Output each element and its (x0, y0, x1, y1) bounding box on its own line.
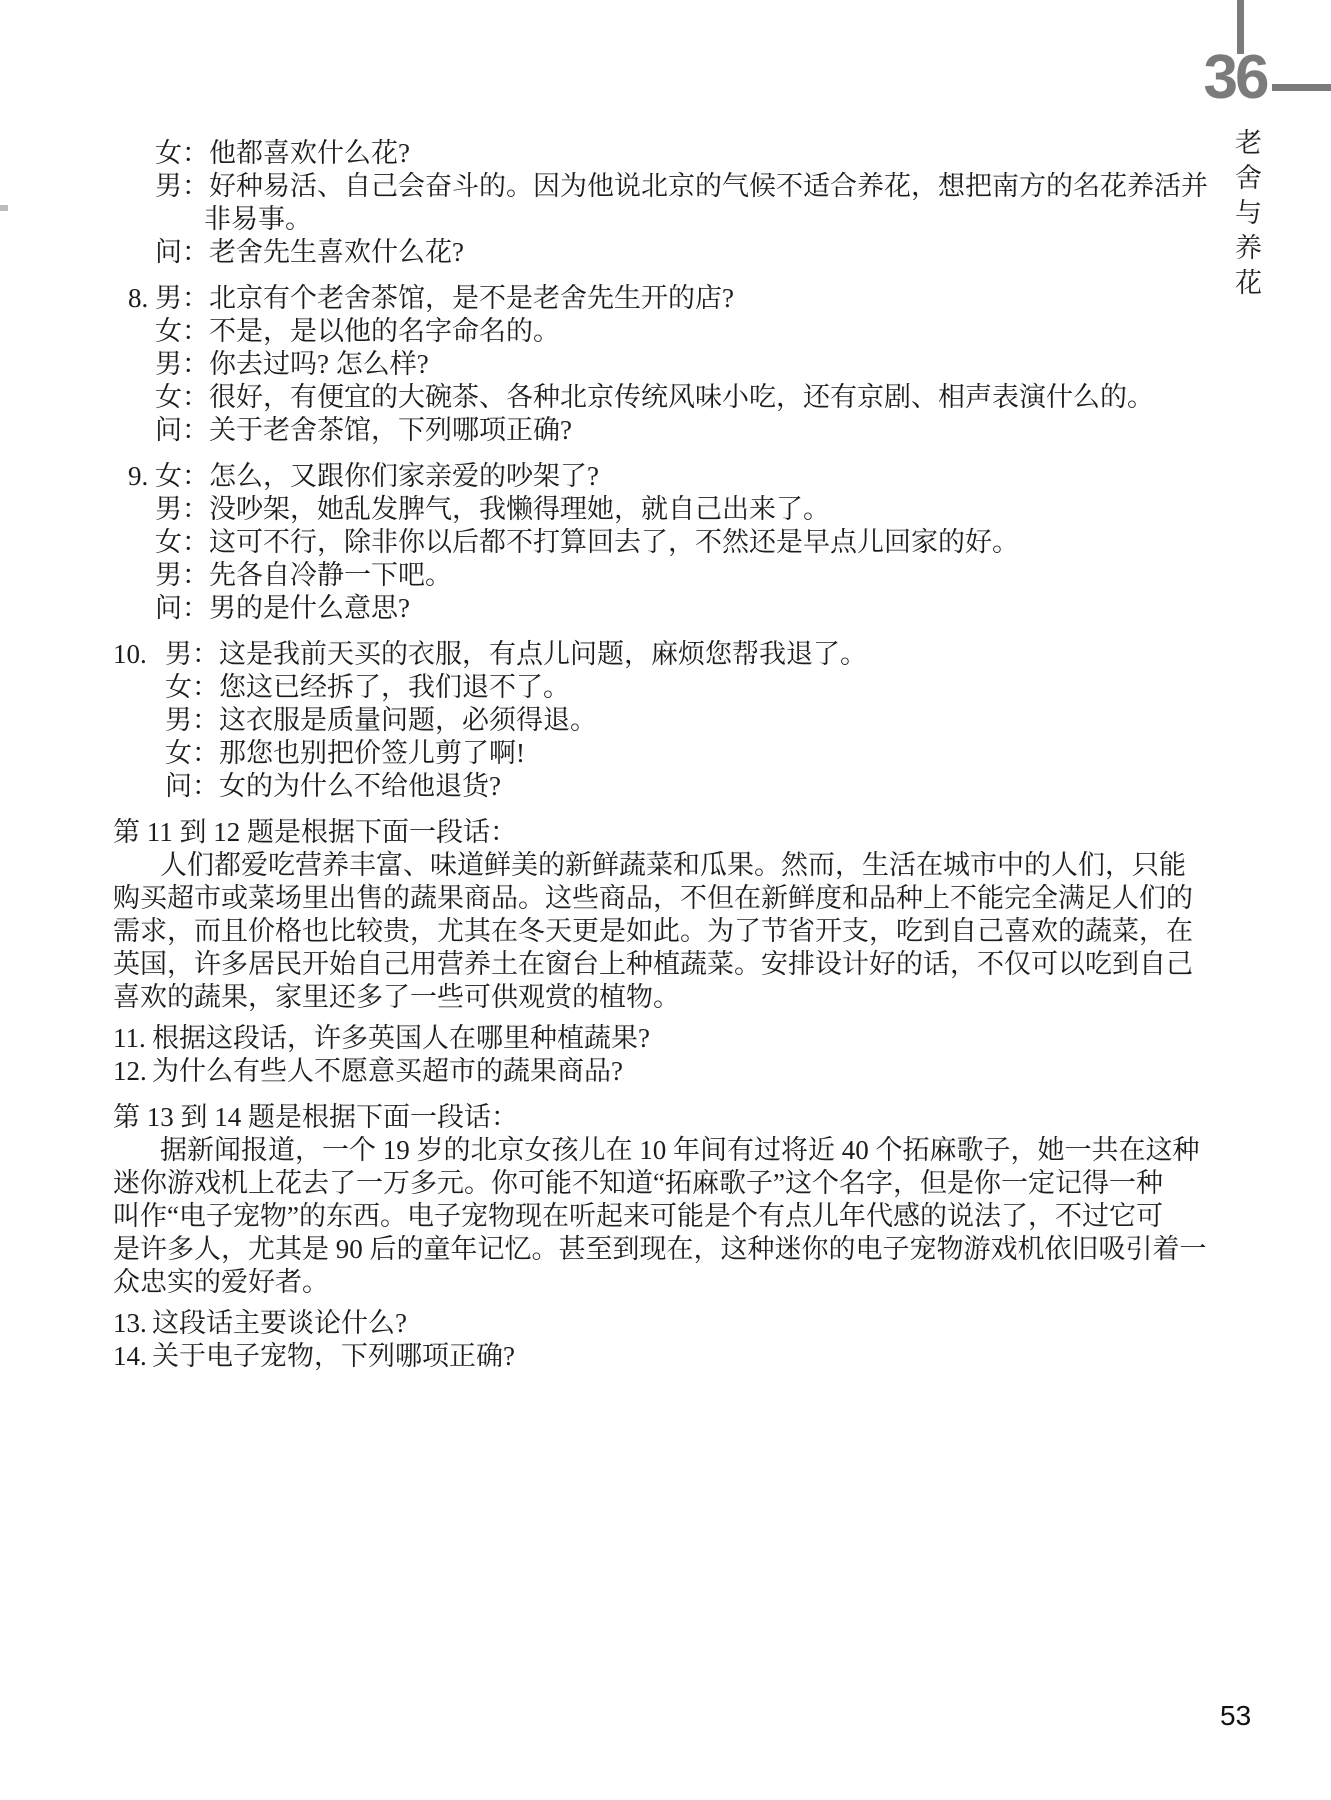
left-edge-tick (0, 205, 8, 211)
line-text: 人们都爱吃营养丰富、味道鲜美的新鲜蔬菜和瓜果。然而，生活在城市中的人们，只能 (160, 850, 1186, 880)
side-title: 老舍与养花 (1227, 128, 1266, 303)
speaker-label: 男： (165, 639, 219, 669)
speaker-label: 男： (155, 494, 209, 524)
speaker-label: 男： (155, 283, 209, 313)
line-text: 您这已经拆了，我们退不了。 (219, 672, 570, 702)
paragraph-line: 据新闻报道，一个 19 岁的北京女孩儿在 10 年间有过将近 40 个拓麻歌子，… (113, 1134, 1123, 1167)
dialog-line: 女：很好，有便宜的大碗茶、各种北京传统风味小吃，还有京剧、相声表演什么的。 (113, 381, 1123, 414)
speaker-label: 问： (155, 415, 209, 445)
line-text: 这衣服是质量问题，必须得退。 (219, 705, 597, 735)
speaker-label: 女： (155, 382, 209, 412)
speaker-label: 女： (165, 738, 219, 768)
question-number: 11. (113, 1022, 152, 1055)
speaker-label: 女： (155, 461, 209, 491)
line-text: 这可不行，除非你以后都不打算回去了，不然还是早点儿回家的好。 (209, 527, 1019, 557)
passage-header-line: 第 13 到 14 题是根据下面一段话： (113, 1101, 1123, 1134)
text-column: 女：他都喜欢什么花?男：好种易活、自己会奋斗的。因为他说北京的气候不适合养花，想… (113, 137, 1123, 1386)
dialog-line: 问：老舍先生喜欢什么花? (113, 236, 1123, 269)
line-text: 不是，是以他的名字命名的。 (209, 316, 560, 346)
speaker-label: 女： (155, 316, 209, 346)
line-text: 是许多人，尤其是 90 后的童年记忆。甚至到现在，这种迷你的电子宠物游戏机依旧吸… (113, 1234, 1207, 1264)
line-number: 10. (113, 638, 165, 671)
question-text: 这段话主要谈论什么? (152, 1308, 407, 1338)
speaker-label: 女： (155, 527, 209, 557)
dialog-line: 非易事。 (113, 203, 1123, 236)
line-text: 这是我前天买的衣服，有点儿问题，麻烦您帮我退了。 (219, 639, 867, 669)
question-text: 为什么有些人不愿意买超市的蔬果商品? (152, 1056, 623, 1086)
dialog-line: 女：他都喜欢什么花? (113, 137, 1123, 170)
paragraph-line: 英国，许多居民开始自己用营养土在窗台上种植蔬菜。安排设计好的话，不仅可以吃到自己 (113, 948, 1123, 981)
paragraph-line: 是许多人，尤其是 90 后的童年记忆。甚至到现在，这种迷你的电子宠物游戏机依旧吸… (113, 1233, 1123, 1266)
paragraph-line: 购买超市或菜场里出售的蔬果商品。这些商品，不但在新鲜度和品种上不能完全满足人们的 (113, 882, 1123, 915)
speaker-label: 女： (165, 672, 219, 702)
dialog-line: 问：女的为什么不给他退货? (113, 770, 1123, 803)
line-text: 怎么，又跟你们家亲爱的吵架了? (209, 461, 599, 491)
line-text: 英国，许多居民开始自己用营养土在窗台上种植蔬菜。安排设计好的话，不仅可以吃到自己 (113, 949, 1193, 979)
dialog-block: 9.女：怎么，又跟你们家亲爱的吵架了?男：没吵架，她乱发脾气，我懒得理她，就自己… (113, 460, 1123, 625)
line-text: 很好，有便宜的大碗茶、各种北京传统风味小吃，还有京剧、相声表演什么的。 (209, 382, 1154, 412)
paragraph-line: 众忠实的爱好者。 (113, 1266, 1123, 1299)
paragraph-line: 迷你游戏机上花去了一万多元。你可能不知道“拓麻歌子”这个名字，但是你一定记得一种 (113, 1167, 1123, 1200)
line-text: 好种易活、自己会奋斗的。因为他说北京的气候不适合养花，想把南方的名花养活并 (209, 171, 1208, 201)
dialog-line: 男：先各自冷静一下吧。 (113, 559, 1123, 592)
paragraph-line: 喜欢的蔬果，家里还多了一些可供观赏的植物。 (113, 981, 1123, 1014)
paragraph-line: 人们都爱吃营养丰富、味道鲜美的新鲜蔬菜和瓜果。然而，生活在城市中的人们，只能 (113, 849, 1123, 882)
dialog-line: 8.男：北京有个老舍茶馆，是不是老舍先生开的店? (113, 282, 1123, 315)
passage-header-line: 第 11 到 12 题是根据下面一段话： (113, 816, 1123, 849)
passage-header: 第 13 到 14 题是根据下面一段话： (113, 1101, 1123, 1134)
passage-header-text: 第 11 到 12 题是根据下面一段话： (113, 817, 517, 847)
line-text: 叫作“电子宠物”的东西。电子宠物现在听起来可能是个有点儿年代感的说法了，不过它可 (113, 1201, 1163, 1231)
question-text: 根据这段话，许多英国人在哪里种植蔬果? (152, 1023, 650, 1053)
dialog-line: 女：您这已经拆了，我们退不了。 (113, 671, 1123, 704)
line-text: 非易事。 (204, 204, 312, 234)
page-number: 53 (1220, 1700, 1251, 1732)
dialog-line: 男：你去过吗? 怎么样? (113, 348, 1123, 381)
line-text: 没吵架，她乱发脾气，我懒得理她，就自己出来了。 (209, 494, 830, 524)
speaker-label: 问： (155, 593, 209, 623)
line-text: 迷你游戏机上花去了一万多元。你可能不知道“拓麻歌子”这个名字，但是你一定记得一种 (113, 1168, 1163, 1198)
line-text: 那您也别把价签儿剪了啊! (219, 738, 525, 768)
speaker-label: 女： (155, 138, 209, 168)
dialog-block: 8.男：北京有个老舍茶馆，是不是老舍先生开的店?女：不是，是以他的名字命名的。男… (113, 282, 1123, 447)
line-text: 需求，而且价格也比较贵，尤其在冬天更是如此。为了节省开支，吃到自己喜欢的蔬菜，在 (113, 916, 1193, 946)
paragraph-line: 叫作“电子宠物”的东西。电子宠物现在听起来可能是个有点儿年代感的说法了，不过它可 (113, 1200, 1123, 1233)
question-number: 14. (113, 1340, 152, 1373)
dialog-line: 女：这可不行，除非你以后都不打算回去了，不然还是早点儿回家的好。 (113, 526, 1123, 559)
dialog-line: 男：这衣服是质量问题，必须得退。 (113, 704, 1123, 737)
dialog-line: 男：没吵架，她乱发脾气，我懒得理她，就自己出来了。 (113, 493, 1123, 526)
dialog-line: 9.女：怎么，又跟你们家亲爱的吵架了? (113, 460, 1123, 493)
line-text: 据新闻报道，一个 19 岁的北京女孩儿在 10 年间有过将近 40 个拓麻歌子，… (160, 1135, 1200, 1165)
chapter-rule-horizontal (1272, 84, 1331, 91)
speaker-label: 男： (155, 560, 209, 590)
dialog-line: 男：好种易活、自己会奋斗的。因为他说北京的气候不适合养花，想把南方的名花养活并 (113, 170, 1123, 203)
line-text: 喜欢的蔬果，家里还多了一些可供观赏的植物。 (113, 982, 680, 1012)
line-text: 男的是什么意思? (209, 593, 410, 623)
passage-header: 第 11 到 12 题是根据下面一段话： (113, 816, 1123, 849)
speaker-label: 男： (165, 705, 219, 735)
dialog-line: 10.男：这是我前天买的衣服，有点儿问题，麻烦您帮我退了。 (113, 638, 1123, 671)
line-number: 9. (113, 460, 155, 493)
question-line: 11.根据这段话，许多英国人在哪里种植蔬果? (113, 1022, 1123, 1055)
dialog-line: 女：那您也别把价签儿剪了啊! (113, 737, 1123, 770)
chapter-number: 36 (1201, 46, 1269, 110)
question-text: 关于电子宠物，下列哪项正确? (152, 1341, 515, 1371)
question-list: 11.根据这段话，许多英国人在哪里种植蔬果?12.为什么有些人不愿意买超市的蔬果… (113, 1022, 1123, 1088)
dialog-line: 女：不是，是以他的名字命名的。 (113, 315, 1123, 348)
dialog-line: 问：关于老舍茶馆，下列哪项正确? (113, 414, 1123, 447)
line-text: 众忠实的爱好者。 (113, 1267, 329, 1297)
dialog-line: 问：男的是什么意思? (113, 592, 1123, 625)
question-number: 12. (113, 1055, 152, 1088)
dialog-block: 女：他都喜欢什么花?男：好种易活、自己会奋斗的。因为他说北京的气候不适合养花，想… (113, 137, 1123, 269)
dialog-block: 10.男：这是我前天买的衣服，有点儿问题，麻烦您帮我退了。女：您这已经拆了，我们… (113, 638, 1123, 803)
line-text: 女的为什么不给他退货? (219, 771, 501, 801)
question-number: 13. (113, 1307, 152, 1340)
line-text: 关于老舍茶馆，下列哪项正确? (209, 415, 572, 445)
line-text: 先各自冷静一下吧。 (209, 560, 452, 590)
paragraph-line: 需求，而且价格也比较贵，尤其在冬天更是如此。为了节省开支，吃到自己喜欢的蔬菜，在 (113, 915, 1123, 948)
line-text: 购买超市或菜场里出售的蔬果商品。这些商品，不但在新鲜度和品种上不能完全满足人们的 (113, 883, 1193, 913)
passage-paragraph: 人们都爱吃营养丰富、味道鲜美的新鲜蔬菜和瓜果。然而，生活在城市中的人们，只能购买… (113, 849, 1123, 1014)
speaker-label: 问： (165, 771, 219, 801)
question-line: 14.关于电子宠物，下列哪项正确? (113, 1340, 1123, 1373)
question-line: 13.这段话主要谈论什么? (113, 1307, 1123, 1340)
passage-header-text: 第 13 到 14 题是根据下面一段话： (113, 1102, 518, 1132)
speaker-label: 男： (155, 349, 209, 379)
line-text: 你去过吗? 怎么样? (209, 349, 429, 379)
question-line: 12.为什么有些人不愿意买超市的蔬果商品? (113, 1055, 1123, 1088)
speaker-label: 问： (155, 237, 209, 267)
line-text: 老舍先生喜欢什么花? (209, 237, 464, 267)
passage-paragraph: 据新闻报道，一个 19 岁的北京女孩儿在 10 年间有过将近 40 个拓麻歌子，… (113, 1134, 1123, 1299)
line-text: 北京有个老舍茶馆，是不是老舍先生开的店? (209, 283, 734, 313)
question-list: 13.这段话主要谈论什么?14.关于电子宠物，下列哪项正确? (113, 1307, 1123, 1373)
line-text: 他都喜欢什么花? (209, 138, 410, 168)
line-number: 8. (113, 282, 155, 315)
speaker-label: 男： (155, 171, 209, 201)
